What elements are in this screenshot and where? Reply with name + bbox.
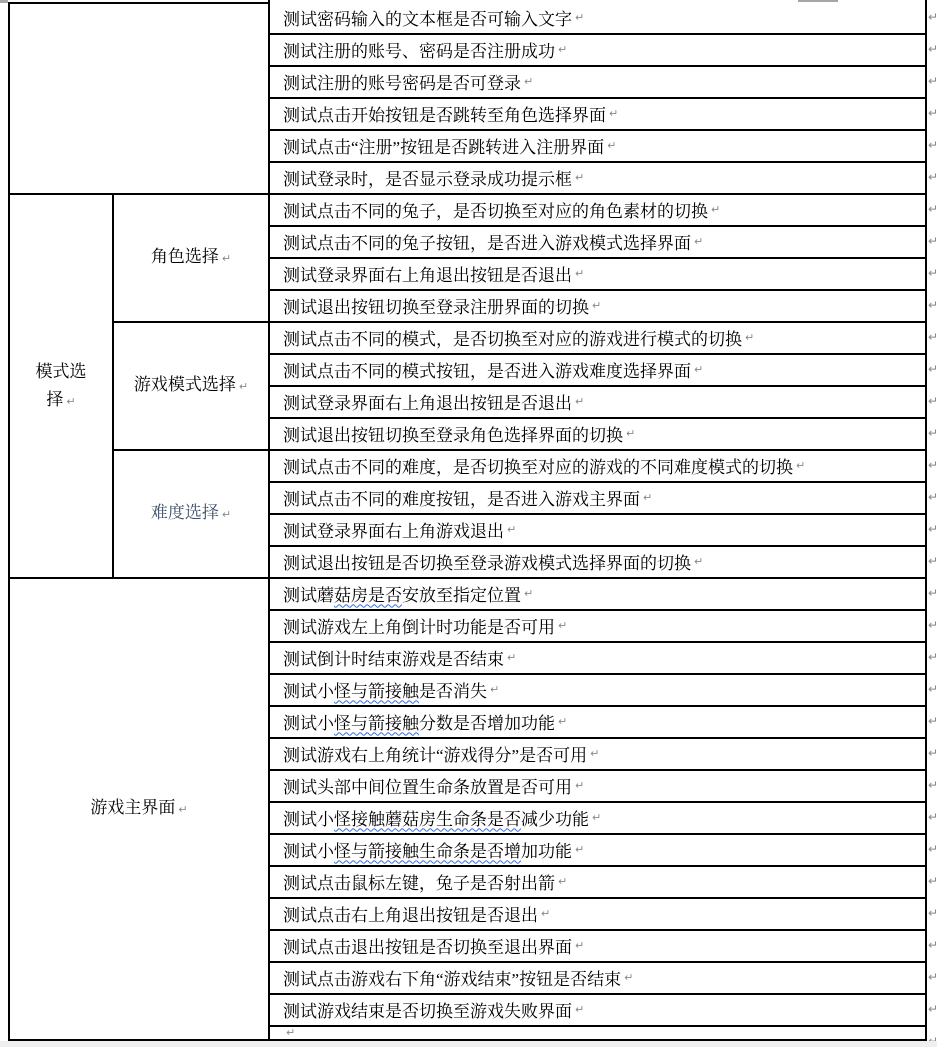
category-label: 游戏主界面 — [90, 798, 175, 817]
test-case-row[interactable]: 测试小怪与箭接触是否消失↵ — [270, 673, 925, 705]
row-end-mark: ↵ — [928, 75, 937, 87]
paragraph-mark: ↵ — [524, 588, 533, 599]
row-end-mark: ↵ — [928, 811, 937, 823]
test-case-text: 测试退出按钮是否切换至登录游戏模式选择界面的切换 — [283, 549, 691, 574]
test-case-text: 测试退出按钮切换至登录角色选择界面的切换 — [283, 421, 623, 446]
paragraph-mark: ↵ — [796, 460, 805, 471]
test-case-text: 测试登录界面右上角退出按钮是否退出 — [283, 261, 572, 286]
test-case-row[interactable]: 测试点击不同的难度按钮，是否进入游戏主界面↵ — [270, 481, 925, 513]
test-case-text: 测试点击开始按钮是否跳转至角色选择界面 — [283, 101, 606, 126]
paragraph-mark: ↵ — [575, 172, 584, 183]
spellcheck-underlined-text: 怪与箭接触 — [334, 677, 419, 702]
test-case-row[interactable]: 测试点击“注册”按钮是否跳转进入注册界面↵ — [270, 129, 925, 161]
paragraph-mark: ↵ — [178, 803, 187, 816]
row-end-mark: ↵ — [928, 171, 937, 183]
paragraph-mark: ↵ — [592, 812, 601, 823]
test-case-text: 测试点击游戏右下角“游戏结束”按钮是否结束 — [283, 965, 621, 990]
row-end-mark: ↵ — [928, 459, 937, 471]
row-end-mark: ↵ — [928, 267, 937, 279]
test-case-row[interactable]: 测试注册的账号、密码是否注册成功↵ — [270, 33, 925, 65]
test-case-text: 测试点击鼠标左键，兔子是否射出箭 — [283, 869, 555, 894]
test-case-text: 测试小 — [283, 709, 334, 734]
spellcheck-underlined-text: 怪与箭接触 — [334, 709, 419, 734]
spellcheck-underlined-text: 菇房是否 — [334, 581, 402, 606]
paragraph-mark: ↵ — [609, 108, 618, 119]
test-case-row[interactable]: 测试点击不同的兔子，是否切换至对应的角色素材的切换↵ — [270, 193, 925, 225]
test-case-row[interactable]: 测试注册的账号密码是否可登录↵ — [270, 65, 925, 97]
paragraph-mark: ↵ — [66, 395, 75, 408]
test-case-text: 是否消失 — [419, 677, 487, 702]
test-case-row[interactable]: 测试登录界面右上角退出按钮是否退出↵ — [270, 257, 925, 289]
test-case-text: 测试蘑 — [283, 581, 334, 606]
row-end-mark: ↵ — [928, 971, 937, 983]
paragraph-mark: ↵ — [607, 140, 616, 151]
paragraph-mark: ↵ — [624, 972, 633, 983]
test-case-text: 测试点击不同的兔子，是否切换至对应的角色素材的切换 — [283, 197, 708, 222]
row-end-mark: ↵ — [928, 875, 937, 887]
test-case-text: 测试点击右上角退出按钮是否退出 — [283, 901, 538, 926]
paragraph-mark: ↵ — [558, 620, 567, 631]
paragraph-mark: ↵ — [694, 236, 703, 247]
test-case-row[interactable]: 测试倒计时结束游戏是否结束↵ — [270, 641, 925, 673]
paragraph-mark: ↵ — [694, 556, 703, 567]
test-case-row[interactable]: 测试退出按钮切换至登录角色选择界面的切换↵ — [270, 417, 925, 449]
test-case-text: 测试倒计时结束游戏是否结束 — [283, 645, 504, 670]
test-case-text: 测试密码输入的文本框是否可输入文字 — [283, 5, 572, 30]
paragraph-mark: ↵ — [626, 428, 635, 439]
spellcheck-underlined-text: 怪接触蘑菇房生命条是否 — [334, 805, 521, 830]
row-end-mark: ↵ — [928, 43, 937, 55]
test-case-text: 测试游戏左上角倒计时功能是否可用 — [283, 613, 555, 638]
subcategory-label: 游戏模式选择 — [134, 375, 236, 394]
row-end-mark: ↵ — [928, 235, 937, 247]
row-end-mark: ↵ — [928, 299, 937, 311]
test-case-row[interactable]: 测试登录时，是否显示登录成功提示框↵ — [270, 161, 925, 193]
test-case-text: 测试小 — [283, 837, 334, 862]
paragraph-mark: ↵ — [558, 876, 567, 887]
test-case-row[interactable]: 测试退出按钮是否切换至登录游戏模式选择界面的切换↵ — [270, 545, 925, 577]
row-end-mark: ↵ — [928, 619, 937, 631]
row-end-mark: ↵ — [928, 491, 937, 503]
test-case-text: 测试点击不同的难度按钮，是否进入游戏主界面 — [283, 485, 640, 510]
paragraph-mark: ↵ — [222, 252, 231, 265]
test-case-text: 测试头部中间位置生命条放置是否可用 — [283, 773, 572, 798]
row-end-mark: ↵ — [928, 107, 937, 119]
category-cell-game-main-screen[interactable]: 游戏主界面↵ — [10, 579, 268, 1037]
clipped-border-fragment — [0, 0, 8, 3]
paragraph-mark: ↵ — [711, 204, 720, 215]
test-case-row[interactable]: 测试点击退出按钮是否切换至退出界面↵ — [270, 929, 925, 961]
row-end-mark: ↵ — [928, 651, 937, 663]
paragraph-mark: ↵ — [694, 364, 703, 375]
test-case-row[interactable]: 测试游戏左上角倒计时功能是否可用↵ — [270, 609, 925, 641]
window-bottom-bar — [0, 1041, 937, 1047]
row-end-mark: ↵ — [928, 843, 937, 855]
test-case-text: 安放至指定位置 — [402, 581, 521, 606]
test-case-text: 测试退出按钮切换至登录注册界面的切换 — [283, 293, 589, 318]
paragraph-mark: ↵ — [575, 12, 584, 23]
row-end-mark: ↵ — [928, 587, 937, 599]
category-cell-mode-selection[interactable]: 模式选择↵ — [10, 195, 112, 577]
test-case-text: 测试登录界面右上角游戏退出 — [283, 517, 504, 542]
test-case-row[interactable]: 测试点击不同的难度，是否切换至对应的游戏的不同难度模式的切换↵ — [270, 449, 925, 481]
table-right-border — [925, 0, 927, 1041]
test-case-row[interactable]: 测试小怪与箭接触生命条是否增加功能↵ — [270, 833, 925, 865]
test-case-row[interactable]: 测试点击鼠标左键，兔子是否射出箭↵ — [270, 865, 925, 897]
test-case-row[interactable]: 测试点击开始按钮是否跳转至角色选择界面↵ — [270, 97, 925, 129]
test-case-text: 加功能 — [521, 837, 572, 862]
test-case-row[interactable]: 测试点击不同的兔子按钮，是否进入游戏模式选择界面↵ — [270, 225, 925, 257]
category-label: 模式选择 — [36, 362, 87, 409]
clipped-border-fragment — [798, 0, 838, 2]
row-end-mark: ↵ — [928, 139, 937, 151]
paragraph-mark: ↵ — [643, 492, 652, 503]
test-case-text: 测试小 — [283, 805, 334, 830]
row-end-mark: ↵ — [928, 363, 937, 375]
test-case-text: 测试点击不同的兔子按钮，是否进入游戏模式选择界面 — [283, 229, 691, 254]
test-case-text: 测试点击不同的模式按钮，是否进入游戏难度选择界面 — [283, 357, 691, 382]
empty-row[interactable]: ↵ — [270, 1025, 925, 1039]
row-end-mark: ↵ — [928, 555, 937, 567]
paragraph-mark: ↵ — [558, 44, 567, 55]
paragraph-mark: ↵ — [745, 332, 754, 343]
subcategory-label: 角色选择 — [151, 247, 219, 266]
test-case-row[interactable]: 测试点击不同的模式，是否切换至对应的游戏进行模式的切换↵ — [270, 321, 925, 353]
paragraph-mark: ↵ — [575, 268, 584, 279]
test-case-row[interactable]: 测试密码输入的文本框是否可输入文字↵ — [270, 1, 925, 33]
paragraph-mark: ↵ — [575, 780, 584, 791]
document-page: { "marks": { "cell_end": "↵", "row_end":… — [0, 0, 937, 1047]
paragraph-mark: ↵ — [575, 396, 584, 407]
paragraph-mark: ↵ — [507, 524, 516, 535]
test-case-text: 测试点击不同的模式，是否切换至对应的游戏进行模式的切换 — [283, 325, 742, 350]
row-end-mark: ↵ — [928, 523, 937, 535]
test-case-text: 测试游戏右上角统计“游戏得分”是否可用 — [283, 741, 587, 766]
test-case-row[interactable]: 测试登录界面右上角退出按钮是否退出↵ — [270, 385, 925, 417]
test-case-row[interactable]: 测试小怪与箭接触分数是否增加功能↵ — [270, 705, 925, 737]
test-case-row[interactable]: 测试点击游戏右下角“游戏结束”按钮是否结束↵ — [270, 961, 925, 993]
subcategory-cell-difficulty-selection[interactable]: 难度选择↵ — [114, 451, 268, 575]
paragraph-mark: ↵ — [575, 940, 584, 951]
test-case-row[interactable]: 测试头部中间位置生命条放置是否可用↵ — [270, 769, 925, 801]
paragraph-mark: ↵ — [222, 508, 231, 521]
empty-merged-cell[interactable] — [10, 4, 268, 193]
row-end-mark: ↵ — [928, 939, 937, 951]
test-case-row[interactable]: 测试点击不同的模式按钮，是否进入游戏难度选择界面↵ — [270, 353, 925, 385]
test-case-text: 测试游戏结束是否切换至游戏失败界面 — [283, 997, 572, 1022]
test-case-text: 分数是否增加功能 — [419, 709, 555, 734]
test-case-row[interactable]: 测试小怪接触蘑菇房生命条是否减少功能↵ — [270, 801, 925, 833]
test-case-row[interactable]: 测试退出按钮切换至登录注册界面的切换↵ — [270, 289, 925, 321]
row-end-mark: ↵ — [928, 11, 937, 23]
test-case-text: 测试点击“注册”按钮是否跳转进入注册界面 — [283, 133, 604, 158]
row-end-mark: ↵ — [928, 331, 937, 343]
row-end-mark: ↵ — [928, 779, 937, 791]
spellcheck-underlined-text: 怪与箭接触生命条是否增 — [334, 837, 521, 862]
paragraph-mark: ↵ — [286, 1027, 295, 1038]
test-case-row[interactable]: 测试游戏右上角统计“游戏得分”是否可用↵ — [270, 737, 925, 769]
paragraph-mark: ↵ — [575, 1004, 584, 1015]
subcategory-label: 难度选择 — [151, 503, 219, 522]
paragraph-mark: ↵ — [592, 300, 601, 311]
row-end-mark: ↵ — [928, 907, 937, 919]
test-case-row[interactable]: 测试蘑菇房是否安放至指定位置↵ — [270, 577, 925, 609]
test-case-row[interactable]: 测试点击右上角退出按钮是否退出↵ — [270, 897, 925, 929]
row-end-mark: ↵ — [928, 395, 937, 407]
subcategory-cell-game-mode-selection[interactable]: 游戏模式选择↵ — [114, 323, 268, 447]
test-case-text: 测试注册的账号、密码是否注册成功 — [283, 37, 555, 62]
test-case-text: 减少功能 — [521, 805, 589, 830]
paragraph-mark: ↵ — [541, 908, 550, 919]
row-end-mark: ↵ — [928, 747, 937, 759]
paragraph-mark: ↵ — [575, 844, 584, 855]
paragraph-mark: ↵ — [490, 684, 499, 695]
paragraph-mark: ↵ — [558, 716, 567, 727]
test-case-text: 测试注册的账号密码是否可登录 — [283, 69, 521, 94]
paragraph-mark: ↵ — [239, 380, 248, 393]
subcategory-cell-character-selection[interactable]: 角色选择↵ — [114, 195, 268, 319]
row-end-mark: ↵ — [928, 715, 937, 727]
test-case-text: 测试登录界面右上角退出按钮是否退出 — [283, 389, 572, 414]
test-case-text: 测试点击退出按钮是否切换至退出界面 — [283, 933, 572, 958]
test-case-row[interactable]: 测试登录界面右上角游戏退出↵ — [270, 513, 925, 545]
row-end-mark: ↵ — [928, 683, 937, 695]
test-case-text: 测试小 — [283, 677, 334, 702]
test-case-row[interactable]: 测试游戏结束是否切换至游戏失败界面↵ — [270, 993, 925, 1025]
paragraph-mark: ↵ — [524, 76, 533, 87]
test-case-text: 测试登录时，是否显示登录成功提示框 — [283, 165, 572, 190]
paragraph-mark: ↵ — [507, 652, 516, 663]
test-case-text: 测试点击不同的难度，是否切换至对应的游戏的不同难度模式的切换 — [283, 453, 793, 478]
row-end-mark: ↵ — [928, 203, 937, 215]
row-end-mark: ↵ — [928, 1003, 937, 1015]
paragraph-mark: ↵ — [590, 748, 599, 759]
row-end-mark: ↵ — [928, 427, 937, 439]
